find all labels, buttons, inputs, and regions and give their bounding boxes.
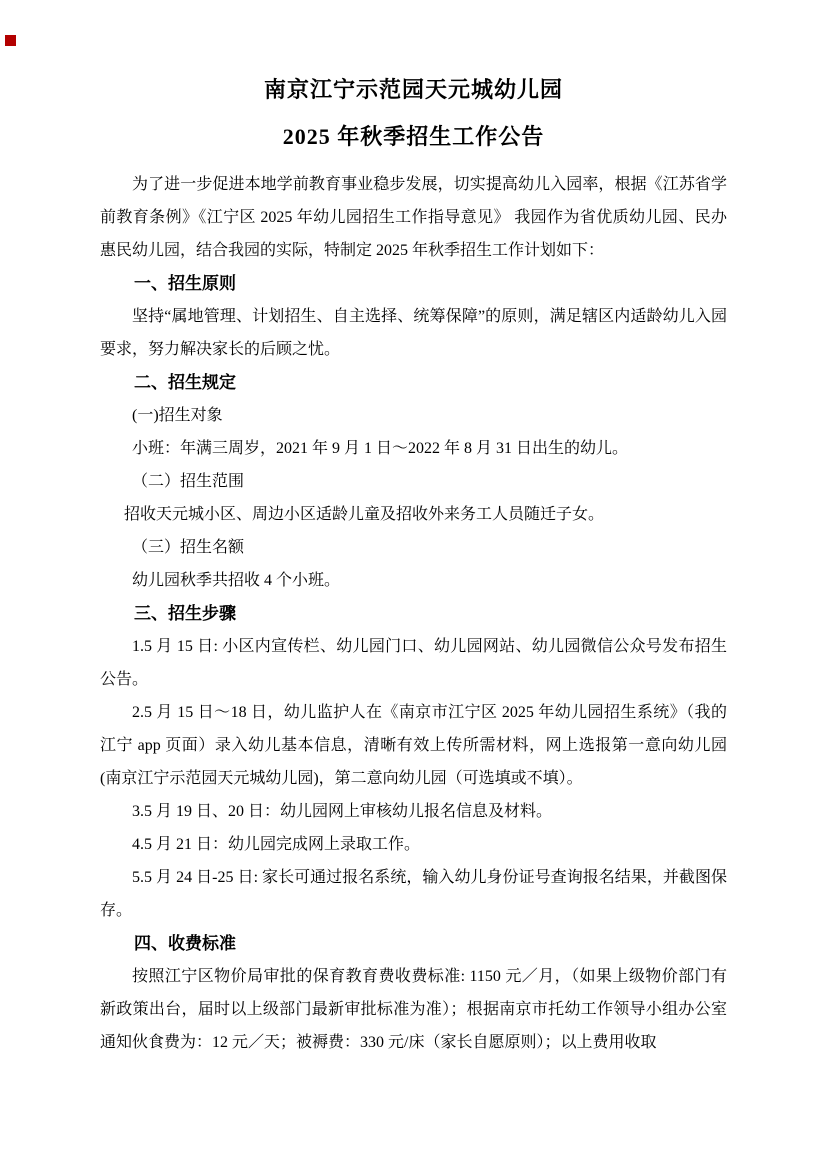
- paragraph: 招收天元城小区、周边小区适龄儿童及招收外来务工人员随迁子女。: [100, 498, 727, 531]
- paragraph: （二）招生范围: [100, 465, 727, 498]
- paragraph: 按照江宁区物价局审批的保育教育费收费标准: 1150 元／月，（如果上级物价部门…: [100, 960, 727, 1059]
- paragraph: (一)招生对象: [100, 399, 727, 432]
- document-page: 南京江宁示范园天元城幼儿园2025 年秋季招生工作公告为了进一步促进本地学前教育…: [0, 0, 827, 1170]
- paragraph: 3.5 月 19 日、20 日：幼儿园网上审核幼儿报名信息及材料。: [100, 795, 727, 828]
- paragraph: 小班：年满三周岁，2021 年 9 月 1 日～2022 年 8 月 31 日出…: [100, 432, 727, 465]
- document-title-line: 南京江宁示范园天元城幼儿园: [100, 66, 727, 113]
- page-corner-marker: [5, 35, 16, 46]
- document-title-line: 2025 年秋季招生工作公告: [100, 113, 727, 160]
- paragraph: 坚持“属地管理、计划招生、自主选择、统筹保障”的原则，满足辖区内适龄幼儿入园要求…: [100, 300, 727, 366]
- announcement-document: 南京江宁示范园天元城幼儿园2025 年秋季招生工作公告为了进一步促进本地学前教育…: [100, 66, 727, 1059]
- section-heading: 二、招生规定: [100, 366, 727, 399]
- section-heading: 一、招生原则: [100, 267, 727, 300]
- paragraph: 幼儿园秋季共招收 4 个小班。: [100, 564, 727, 597]
- paragraph: 1.5 月 15 日: 小区内宣传栏、幼儿园门口、幼儿园网站、幼儿园微信公众号发…: [100, 630, 727, 696]
- section-heading: 三、招生步骤: [100, 597, 727, 630]
- paragraph: 4.5 月 21 日：幼儿园完成网上录取工作。: [100, 828, 727, 861]
- paragraph: 5.5 月 24 日-25 日: 家长可通过报名系统，输入幼儿身份证号查询报名结…: [100, 861, 727, 927]
- paragraph: （三）招生名额: [100, 531, 727, 564]
- paragraph: 为了进一步促进本地学前教育事业稳步发展，切实提高幼儿入园率，根据《江苏省学前教育…: [100, 168, 727, 267]
- section-heading: 四、收费标准: [100, 927, 727, 960]
- paragraph: 2.5 月 15 日～18 日，幼儿监护人在《南京市江宁区 2025 年幼儿园招…: [100, 696, 727, 795]
